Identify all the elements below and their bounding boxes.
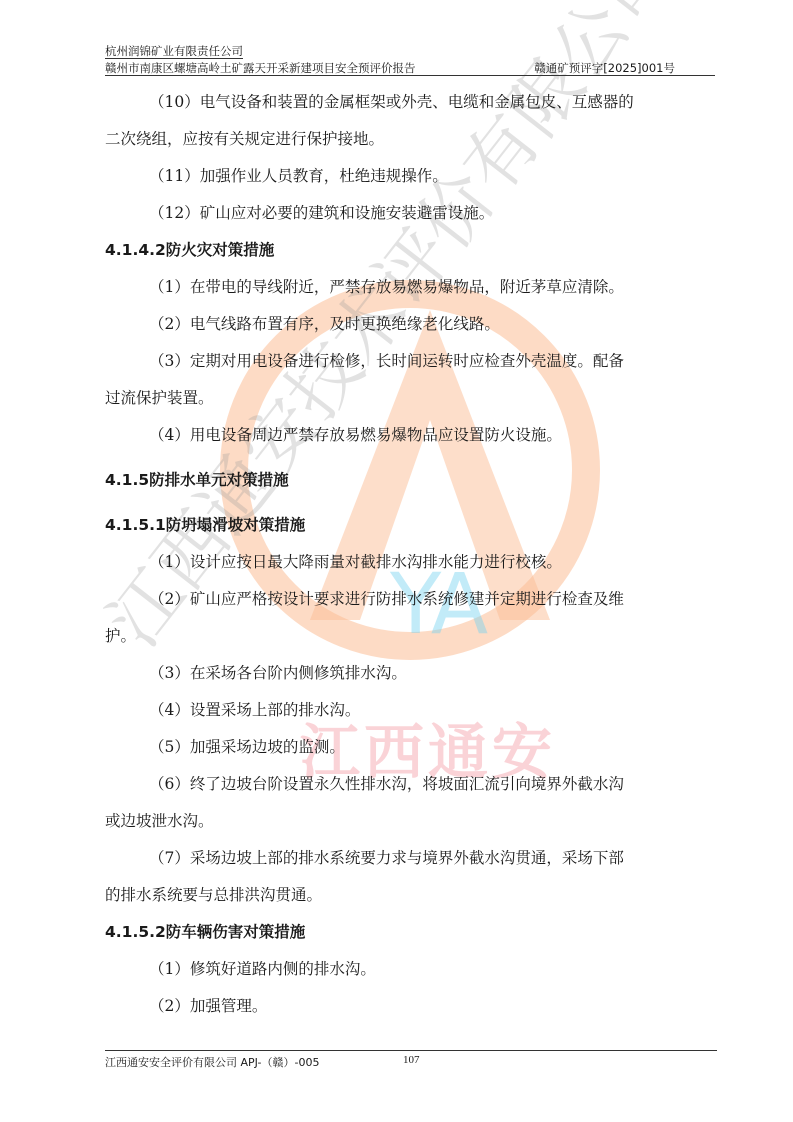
page-header: 杭州润锦矿业有限责任公司 赣州市南康区螺塘高岭土矿露天开采新建项目安全预评价报告…: [105, 44, 715, 76]
list-item-continuation: 的排水系统要与总排洪沟贯通。: [105, 877, 719, 914]
list-item: （1）设计应按日最大降雨量对截排水沟排水能力进行校核。: [105, 544, 719, 581]
list-item-continuation: 过流保护装置。: [105, 380, 719, 417]
list-item: （2）电气线路布置有序，及时更换绝缘老化线路。: [105, 306, 719, 343]
header-report-title: 赣州市南康区螺塘高岭土矿露天开采新建项目安全预评价报告: [105, 61, 416, 75]
list-item: （2）加强管理。: [105, 988, 719, 1025]
list-item: （4）用电设备周边严禁存放易燃易爆物品应设置防火设施。: [105, 417, 719, 454]
footer-company-code: 江西通安安全评价有限公司 APJ-（赣）-005: [105, 1056, 319, 1069]
list-item: （5）加强采场边坡的监测。: [105, 729, 719, 766]
list-item: （1）在带电的导线附近，严禁存放易燃易爆物品，附近茅草应清除。: [105, 269, 719, 306]
section-heading-4151: 4.1.5.1防坍塌滑坡对策措施: [105, 507, 719, 544]
page-number: 107: [403, 1054, 420, 1066]
list-item-continuation: 护。: [105, 618, 719, 655]
list-item: （7）采场边坡上部的排水系统要力求与境界外截水沟贯通，采场下部: [105, 840, 719, 877]
list-item: （1）修筑好道路内侧的排水沟。: [105, 951, 719, 988]
document-body: （10）电气设备和装置的金属框架或外壳、电缆和金属包皮、互感器的 二次绕组，应按…: [105, 84, 719, 1025]
page-footer: 江西通安安全评价有限公司 APJ-（赣）-005 107: [105, 1050, 717, 1070]
list-item: （12）矿山应对必要的建筑和设施安装避雷设施。: [105, 195, 719, 232]
list-item: （6）终了边坡台阶设置永久性排水沟，将坡面汇流引向境界外截水沟: [105, 766, 719, 803]
section-heading-4152: 4.1.5.2防车辆伤害对策措施: [105, 914, 719, 951]
list-item: （3）定期对用电设备进行检修，长时间运转时应检查外壳温度。配备: [105, 343, 719, 380]
list-item: （4）设置采场上部的排水沟。: [105, 692, 719, 729]
header-doc-number: 赣通矿预评字[2025]001号: [534, 61, 715, 75]
section-heading-4142: 4.1.4.2防火灾对策措施: [105, 232, 719, 269]
list-item: （10）电气设备和装置的金属框架或外壳、电缆和金属包皮、互感器的: [105, 84, 719, 121]
list-item: （11）加强作业人员教育，杜绝违规操作。: [105, 158, 719, 195]
list-item: （2）矿山应严格按设计要求进行防排水系统修建并定期进行检查及维: [105, 581, 719, 618]
list-item-continuation: 二次绕组，应按有关规定进行保护接地。: [105, 121, 719, 158]
list-item-continuation: 或边坡泄水沟。: [105, 803, 719, 840]
header-company: 杭州润锦矿业有限责任公司: [105, 44, 243, 59]
section-heading-415: 4.1.5防排水单元对策措施: [105, 462, 719, 499]
list-item: （3）在采场各台阶内侧修筑排水沟。: [105, 655, 719, 692]
